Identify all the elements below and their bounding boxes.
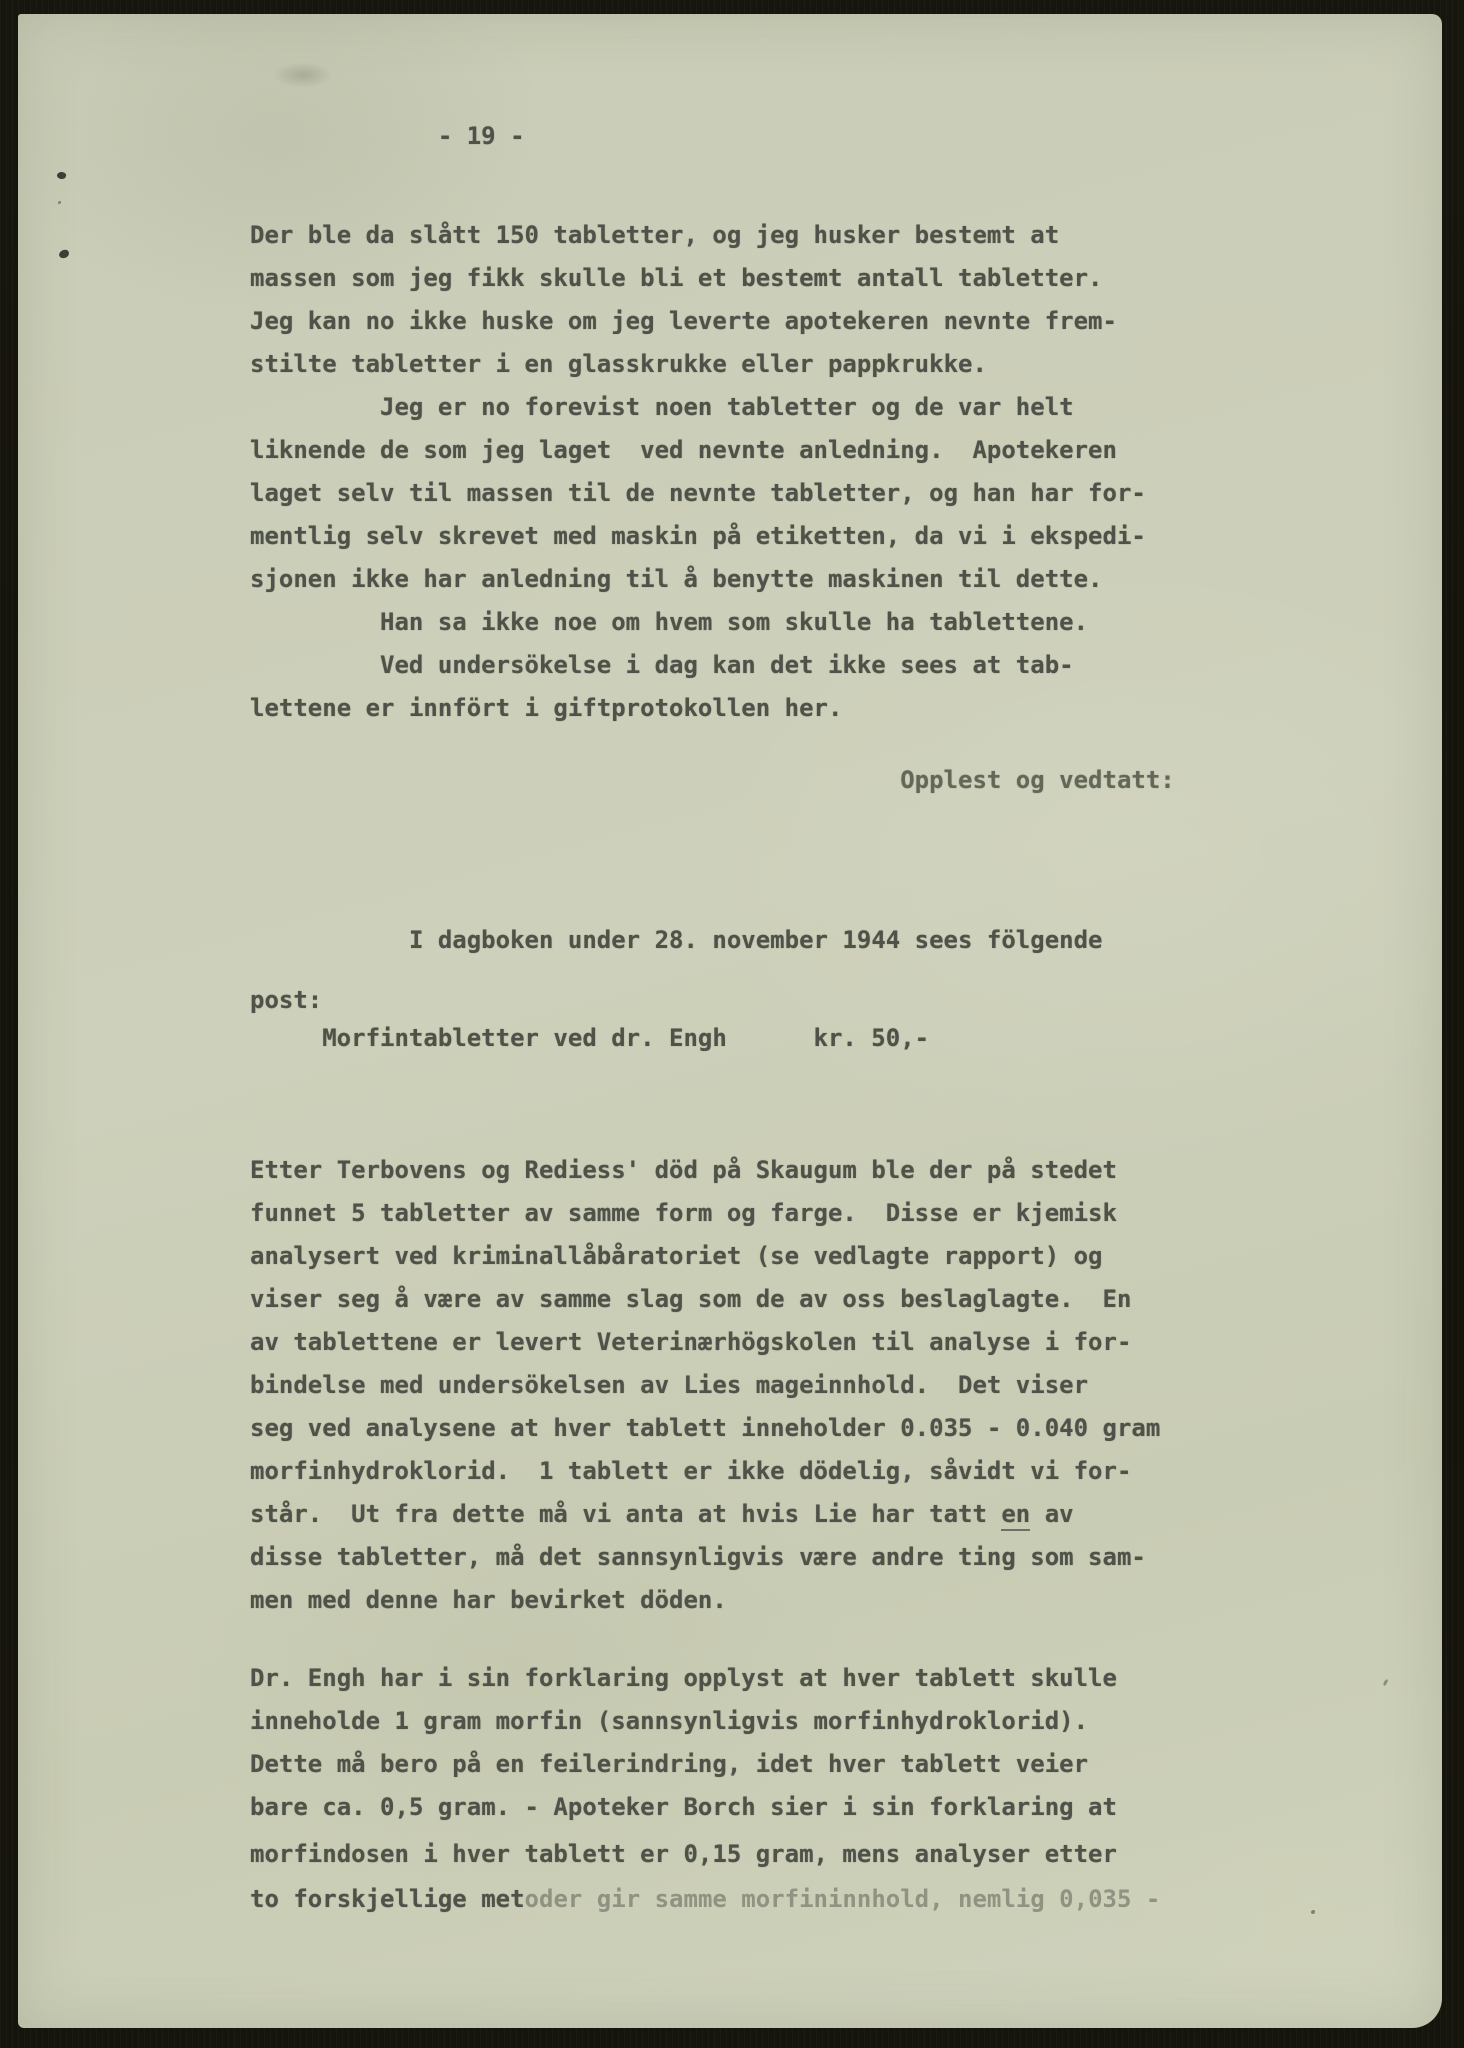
text-line: post: [250, 979, 1442, 1022]
text-line: inneholde 1 gram morfin (sannsynligvis m… [250, 1700, 1442, 1743]
text-line: Jeg er no forevist noen tabletter og de … [250, 386, 1442, 429]
text-run: av [1030, 1500, 1073, 1528]
text-line: analysert ved kriminallåbåratoriet (se v… [250, 1235, 1442, 1278]
scan-background: - 19 - Der ble da slått 150 tabletter, o… [0, 0, 1464, 2048]
text-line: Etter Terbovens og Rediess' död på Skaug… [250, 1149, 1442, 1192]
document-page: - 19 - Der ble da slått 150 tabletter, o… [18, 14, 1442, 2028]
text-line: laget selv til massen til de nevnte tabl… [250, 472, 1442, 515]
text-line: lettene er innfört i giftprotokollen her… [250, 687, 1442, 730]
text-line: Dette må bero på en feilerindring, idet … [250, 1743, 1442, 1786]
text-line: massen som jeg fikk skulle bli et bestem… [250, 257, 1442, 300]
text-line: liknende de som jeg laget ved nevnte anl… [250, 429, 1442, 472]
text-line: disse tabletter, må det sannsynligvis væ… [250, 1536, 1442, 1579]
text-line: bare ca. 0,5 gram. - Apoteker Borch sier… [250, 1786, 1442, 1829]
text-line: Han sa ikke noe om hvem som skulle ha ta… [250, 601, 1442, 644]
text-line: morfindosen i hver tablett er 0,15 gram,… [250, 1833, 1442, 1876]
text-line: av tablettene er levert Veterinærhögskol… [250, 1321, 1442, 1364]
text-line: viser seg å være av samme slag som de av… [250, 1278, 1442, 1321]
underlined-word: en [1001, 1500, 1030, 1531]
text-line: Der ble da slått 150 tabletter, og jeg h… [250, 214, 1442, 257]
text-line: to forskjellige metoder gir samme morfin… [250, 1878, 1442, 1921]
text-line: seg ved analysene at hver tablett inneho… [250, 1407, 1442, 1450]
text-line: morfinhydroklorid. 1 tablett er ikke död… [250, 1450, 1442, 1493]
text-line: sjonen ikke har anledning til å benytte … [250, 558, 1442, 601]
page-number: - 19 - [18, 115, 1442, 158]
text-line: Morfintabletter ved dr. Engh kr. 50,- [250, 1017, 1442, 1060]
text-line: funnet 5 tabletter av samme form og farg… [250, 1192, 1442, 1235]
text-line: mentlig selv skrevet med maskin på etike… [250, 515, 1442, 558]
text-lines: Der ble da slått 150 tabletter, og jeg h… [18, 214, 1442, 1921]
text-run: står. Ut fra dette må vi anta at hvis Li… [250, 1500, 1001, 1528]
text-line: stilte tabletter i en glasskrukke eller … [250, 343, 1442, 386]
text-run: to forskjellige met [250, 1885, 525, 1913]
text-line: står. Ut fra dette må vi anta at hvis Li… [250, 1493, 1442, 1536]
paper-smudge [273, 62, 333, 88]
text-line: I dagboken under 28. november 1944 sees … [250, 919, 1442, 962]
text-run: oder gir samme morfininnhold, nemlig 0,0… [525, 1885, 1161, 1913]
text-line: Opplest og vedtatt: [250, 759, 1442, 802]
text-line: Jeg kan no ikke huske om jeg leverte apo… [250, 300, 1442, 343]
text-line: Ved undersökelse i dag kan det ikke sees… [250, 644, 1442, 687]
text-line: bindelse med undersökelsen av Lies magei… [250, 1364, 1442, 1407]
text-line: men med denne har bevirket döden. [250, 1579, 1442, 1622]
text-line: Dr. Engh har i sin forklaring opplyst at… [250, 1657, 1442, 1700]
